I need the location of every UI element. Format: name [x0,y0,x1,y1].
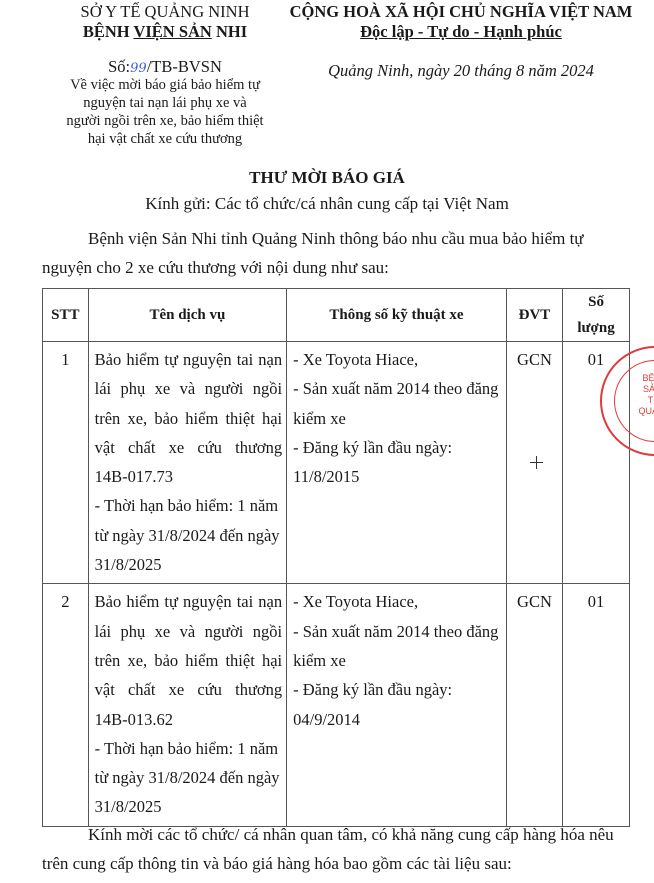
header-quantity: Sốlượng [563,289,630,342]
crosshair-cursor-icon [530,456,543,469]
row-stt: 2 [43,584,88,620]
national-motto: Độc lập - Tự do - Hạnh phúc [268,22,654,42]
row-unit: GCN [507,342,562,378]
row-quantity: 01 [563,584,629,620]
place-date: Quảng Ninh, ngày 20 tháng 8 năm 2024 [268,61,654,81]
national-header: CỘNG HOÀ XÃ HỘI CHỦ NGHĨA VIỆT NAM Độc l… [268,2,654,42]
row-vehicle-spec: - Xe Toyota Hiace,- Sản xuất năm 2014 th… [287,342,506,495]
letter-title: THƯ MỜI BÁO GIÁ [0,168,654,188]
table-header-row: STT Tên dịch vụ Thông số kỹ thuật xe ĐVT… [43,289,630,342]
handwritten-number: 99 [130,61,147,76]
row-stt: 1 [43,342,88,378]
closing-paragraph: Kính mời các tổ chức/ cá nhân quan tâm, … [42,820,632,878]
row-vehicle-spec: - Xe Toyota Hiace,- Sản xuất năm 2014 th… [287,584,506,737]
header-service-name: Tên dịch vụ [88,289,286,342]
row-service-name: Bảo hiểm tự nguyện tai nạn lái phụ xe và… [89,584,286,825]
services-table: STT Tên dịch vụ Thông số kỹ thuật xe ĐVT… [42,288,630,827]
row-unit: GCN [507,584,562,620]
header-unit: ĐVT [506,289,562,342]
row-service-name: Bảo hiểm tự nguyện tai nạn lái phụ xe và… [89,342,286,583]
table-row: 2 Bảo hiểm tự nguyện tai nạn lái phụ xe … [43,584,630,826]
header-vehicle-spec: Thông số kỹ thuật xe [287,289,507,342]
country-name: CỘNG HOÀ XÃ HỘI CHỦ NGHĨA VIỆT NAM [268,2,654,22]
intro-paragraph: Bệnh viện Sản Nhi tỉnh Quảng Ninh thông … [42,224,632,282]
document-subject: Về việc mời báo giá bảo hiểm tự nguyện t… [40,76,290,148]
greeting: Kính gửi: Các tổ chức/cá nhân cung cấp t… [0,194,654,214]
header-stt: STT [43,289,89,342]
